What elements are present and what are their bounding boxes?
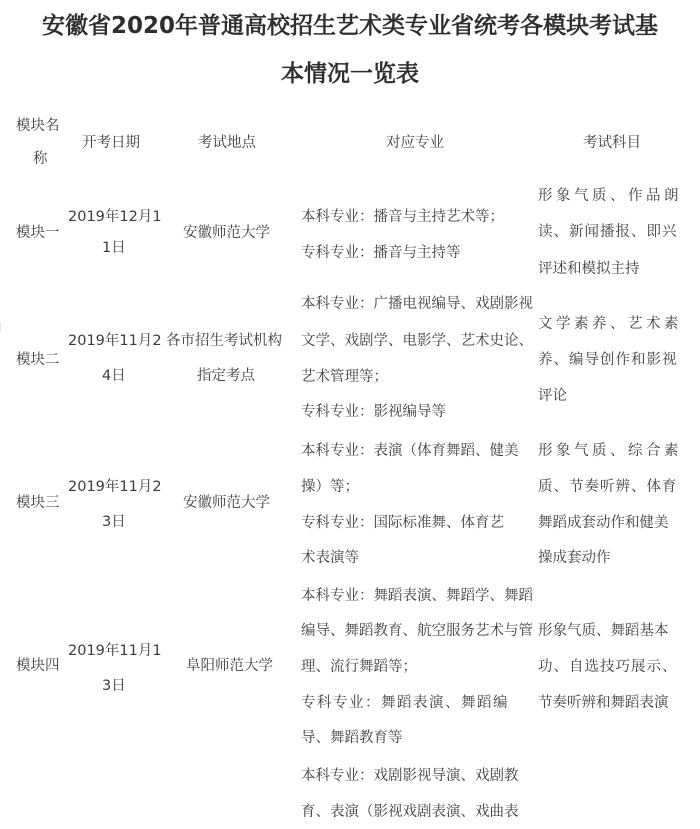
major-line: 专科专业：舞蹈表演、舞蹈编 [301, 693, 509, 713]
header-module-name-line2: 称 [33, 149, 48, 169]
date-line: 1日 [102, 238, 126, 258]
subject-line: 形象气质、综合素 [538, 441, 682, 461]
header-date: 开考日期 [82, 133, 140, 153]
major-line: 本科专业：广播电视编导、戏剧影视 [301, 294, 533, 314]
date-line: 3日 [102, 512, 126, 532]
module-name: 模块二 [16, 350, 60, 370]
subject-line: 读、新闻播报、即兴 [538, 222, 678, 242]
module-name: 模块四 [16, 656, 60, 676]
major-line: 本科专业：表演（体育舞蹈、健美 [301, 441, 519, 461]
left-edge-mark [0, 322, 5, 332]
subject-line: 节奏听辨和舞蹈表演 [538, 693, 669, 713]
major-line: 专科专业：国际标准舞、体育艺 [301, 513, 504, 533]
subject-line: 文学素养、艺术素 [538, 314, 682, 334]
page-title-line-2: 本情况一览表 [0, 55, 700, 88]
major-line: 专科专业：影视编导等 [301, 402, 446, 422]
subject-line: 形象气质、作品朗 [538, 186, 682, 206]
location-line: 各市招生考试机构 [166, 331, 282, 351]
module-name: 模块一 [16, 223, 60, 243]
major-line: 术表演等 [301, 548, 359, 568]
major-line: 艺术管理等； [301, 367, 388, 387]
header-majors: 对应专业 [386, 133, 444, 153]
date-line: 2019年12月1 [68, 207, 162, 227]
header-subjects: 考试科目 [583, 133, 641, 153]
date-line: 3日 [102, 676, 126, 696]
date-line: 2019年11月2 [68, 477, 162, 497]
major-line: 理、流行舞蹈等； [301, 657, 417, 677]
subject-line: 操成套动作 [538, 548, 611, 568]
location-line: 指定考点 [197, 366, 255, 386]
header-location: 考试地点 [198, 133, 256, 153]
major-line: 导、舞蹈教育等 [301, 728, 403, 748]
location-line: 安徽师范大学 [183, 493, 270, 513]
page-title-line-1: 安徽省2020年普通高校招生艺术类专业省统考各模块考试基 [0, 7, 700, 40]
major-line: 本科专业：舞蹈表演、舞蹈学、舞蹈 [301, 586, 533, 606]
major-line: 文学、戏剧学、电影学、艺术史论、 [301, 331, 533, 351]
subject-line: 养、编导创作和影视 [538, 350, 678, 370]
subject-line: 评述和模拟主持 [538, 259, 640, 279]
subject-line: 评论 [538, 386, 567, 406]
subject-line: 形象气质、舞蹈基本 [538, 621, 669, 641]
header-module-name-line1: 模块名 [16, 116, 60, 136]
subject-line: 质、节奏听辨、体育 [538, 477, 678, 497]
major-line: 操）等； [301, 477, 359, 497]
date-line: 4日 [102, 366, 126, 386]
module-name: 模块三 [16, 493, 60, 513]
date-line: 2019年11月1 [68, 641, 162, 661]
major-line: 育、表演（影视戏剧表演、戏曲表 [301, 802, 519, 822]
location-line: 安徽师范大学 [183, 223, 270, 243]
date-line: 2019年11月2 [68, 331, 162, 351]
major-line: 专科专业：播音与主持等 [301, 243, 461, 263]
subject-line: 功、自选技巧展示、 [538, 657, 678, 677]
major-line: 编导、舞蹈教育、航空服务艺术与管 [301, 621, 533, 641]
major-line: 本科专业：播音与主持艺术等； [301, 207, 504, 227]
major-line: 本科专业：戏剧影视导演、戏剧教 [301, 766, 519, 786]
location-line: 阜阳师范大学 [186, 656, 273, 676]
subject-line: 舞蹈成套动作和健美 [538, 513, 669, 533]
